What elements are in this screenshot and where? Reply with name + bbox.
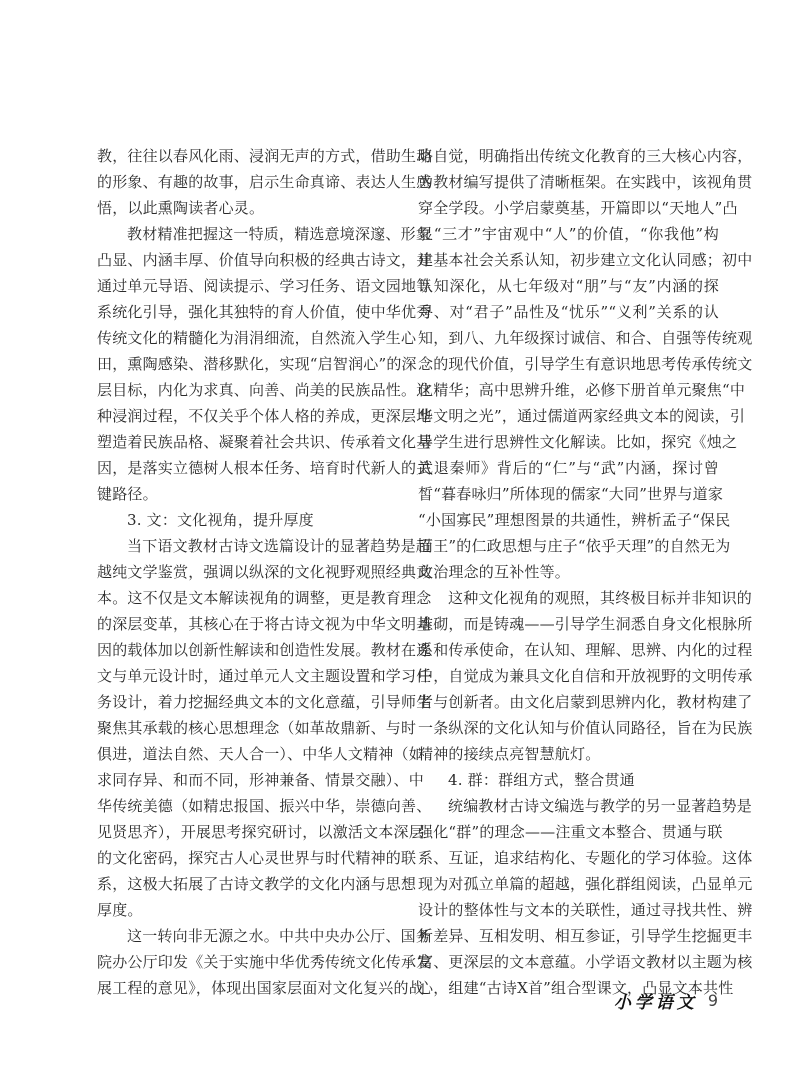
text-line: 强化“群”的理念——注重文本整合、贯通与联 — [418, 819, 719, 845]
text-line: 通过单元导语、阅读提示、学习任务、语文园地等 — [97, 273, 398, 299]
text-line: 这种文化视角的观照，其终极目标并非知识的 — [418, 585, 719, 611]
text-line: 一条纵深的文化认知与价值认同路径，旨在为民族 — [418, 715, 719, 741]
text-line: 的文化密码，探究古人心灵世界与时代精神的联 — [97, 845, 398, 871]
text-line: 华传统美德（如精忠报国、振兴中华，崇德向善、 — [97, 793, 398, 819]
text-line: 武退秦师》背后的“仁”与“武”内涵，探讨曾 — [418, 455, 719, 481]
magazine-title: 小学语文 — [614, 988, 698, 1013]
text-line: 展工程的意见》，体现出国家层面对文化复兴的战 — [97, 975, 398, 1001]
text-line: 统编教材古诗文编选与教学的另一显著趋势是 — [418, 793, 719, 819]
text-line: 析差异、互相发明、相互参证，引导学生挖掘更丰 — [418, 923, 719, 949]
text-line: 文与单元设计时，通过单元人文主题设置和学习任 — [97, 663, 398, 689]
text-line: 政治理念的互补性等。 — [418, 559, 719, 585]
text-line: 教材精准把握这一特质，精选意境深邃、形象 — [97, 221, 398, 247]
text-line: 聚焦其承载的核心思想理念（如革故鼎新、与时 — [97, 715, 398, 741]
text-line: 塑造着民族品格、凝聚着社会共识、传承着文化基 — [97, 429, 398, 455]
text-line: 皙“暮春咏归”所体现的儒家“大同”世界与道家 — [418, 481, 719, 507]
right-text-column: 略自觉，明确指出传统文化教育的三大核心内容，为教材编写提供了清晰框架。在实践中，… — [418, 143, 719, 1001]
text-line: 悟，以此熏陶读者心灵。 — [97, 195, 398, 221]
text-line: 厚度。 — [97, 897, 398, 923]
text-line: 建基本社会关系认知，初步建立文化认同感；初中 — [418, 247, 719, 273]
text-line: 念的现代价值，引导学生有意识地思考传承传统文 — [418, 351, 719, 377]
section-heading: 4. 群：群组方式，整合贯通 — [418, 767, 719, 793]
text-line: 系和传承使命，在认知、理解、思辨、内化的过程 — [418, 637, 719, 663]
left-text-column: 教，往往以春风化雨、浸润无声的方式，借助生动的形象、有趣的故事，启示生命真谛、表… — [97, 143, 398, 1001]
text-line: 寻、对“君子”品性及“忧乐”“义利”关系的认 — [418, 299, 719, 325]
text-line: 层目标，内化为求真、向善、尚美的民族品性。这 — [97, 377, 398, 403]
text-line: 系，这极大拓展了古诗文教学的文化内涵与思想 — [97, 871, 398, 897]
text-line: “小国寡民”理想图景的共通性，辨析孟子“保民 — [418, 507, 719, 533]
text-line: 这一转向非无源之水。中共中央办公厅、国务 — [97, 923, 398, 949]
text-line: 本。这不仅是文本解读视角的调整，更是教育理念 — [97, 585, 398, 611]
text-line: 堆砌，而是铸魂——引导学生洞悉自身文化根脉所 — [418, 611, 719, 637]
text-line: 现为对孤立单篇的超越，强化群组阅读，凸显单元 — [418, 871, 719, 897]
page-number: 9 — [708, 991, 718, 1010]
text-line: 越纯文学鉴赏，强调以纵深的文化视野观照经典文 — [97, 559, 398, 585]
text-line: 教，往往以春风化雨、浸润无声的方式，借助生动 — [97, 143, 398, 169]
text-line: 键路径。 — [97, 481, 398, 507]
text-line: 务设计，着力挖掘经典文本的文化意蕴，引导师生 — [97, 689, 398, 715]
text-line: 设计的整体性与文本的关联性，通过寻找共性、辨 — [418, 897, 719, 923]
text-line: 凸显、内涵丰厚、价值导向积极的经典古诗文，并 — [97, 247, 398, 273]
text-line: 系、互证，追求结构化、专题化的学习体验。这体 — [418, 845, 719, 871]
text-line: 当下语文教材古诗文选篇设计的显著趋势是超 — [97, 533, 398, 559]
text-line: 传统文化的精髓化为涓涓细流，自然流入学生心 — [97, 325, 398, 351]
text-line: 略自觉，明确指出传统文化教育的三大核心内容， — [418, 143, 719, 169]
text-line: 华文明之光”，通过儒道两家经典文本的阅读，引 — [418, 403, 719, 429]
text-line: 者与创新者。由文化启蒙到思辨内化，教材构建了 — [418, 689, 719, 715]
text-line: 中，自觉成为兼具文化自信和开放视野的文明传承 — [418, 663, 719, 689]
text-line: 求同存异、和而不同，形神兼备、情景交融）、中 — [97, 767, 398, 793]
text-line: 因的载体加以创新性解读和创造性发展。教材在选 — [97, 637, 398, 663]
text-line: 化精华；高中思辨升维，必修下册首单元聚焦“中 — [418, 377, 719, 403]
text-line: 显“三才”宇宙观中“人”的价值，“你我他”构 — [418, 221, 719, 247]
text-line: 因，是落实立德树人根本任务、培育时代新人的关 — [97, 455, 398, 481]
text-line: 而王”的仁政思想与庄子“依乎天理”的自然无为 — [418, 533, 719, 559]
text-line: 的形象、有趣的故事，启示生命真谛、表达人生感 — [97, 169, 398, 195]
text-line: 俱进，道法自然、天人合一）、中华人文精神（如 — [97, 741, 398, 767]
text-line: 为教材编写提供了清晰框架。在实践中，该视角贯 — [418, 169, 719, 195]
section-heading: 3. 文：文化视角，提升厚度 — [97, 507, 398, 533]
text-line: 穿全学段。小学启蒙奠基，开篇即以“天地人”凸 — [418, 195, 719, 221]
text-line: 导学生进行思辨性文化解读。比如，探究《烛之 — [418, 429, 719, 455]
text-line: 的深层变革，其核心在于将古诗文视为中华文明基 — [97, 611, 398, 637]
text-line: 系统化引导，强化其独特的育人价值，使中华优秀 — [97, 299, 398, 325]
text-line: 精神的接续点亮智慧航灯。 — [418, 741, 719, 767]
page-footer: 小学语文 9 — [614, 988, 718, 1013]
text-line: 种浸润过程，不仅关乎个体人格的养成，更深层地 — [97, 403, 398, 429]
text-line: 见贤思齐），开展思考探究研讨，以激活文本深层 — [97, 819, 398, 845]
text-line: 认知深化，从七年级对“朋”与“友”内涵的探 — [418, 273, 719, 299]
text-line: 富、更深层的文本意蕴。小学语文教材以主题为核 — [418, 949, 719, 975]
text-line: 院办公厅印发《关于实施中华优秀传统文化传承发 — [97, 949, 398, 975]
text-line: 田，熏陶感染、潜移默化，实现“启智润心”的深 — [97, 351, 398, 377]
text-line: 知，到八、九年级探讨诚信、和合、自强等传统观 — [418, 325, 719, 351]
